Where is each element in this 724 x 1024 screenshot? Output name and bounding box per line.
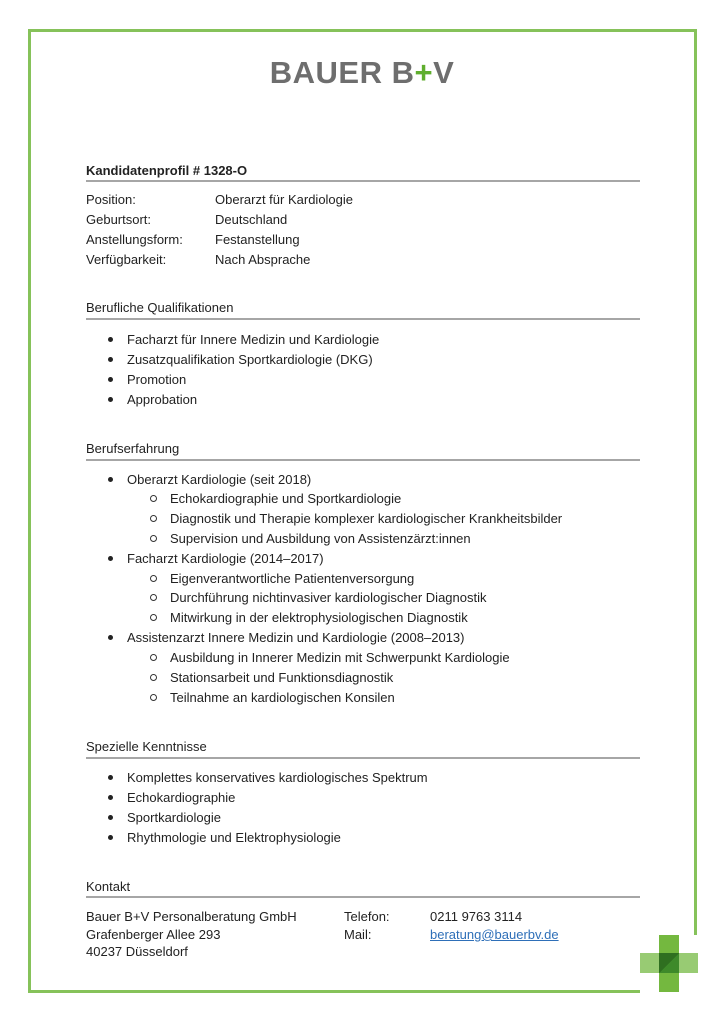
list-item: Facharzt für Innere Medizin und Kardiolo… — [108, 332, 379, 348]
field-label-availability: Verfügbarkeit: — [86, 252, 166, 268]
profile-title: Kandidatenprofil # 1328-O — [86, 163, 247, 179]
list-item: Approbation — [108, 392, 197, 408]
bullet-icon — [108, 556, 113, 561]
section-heading-qualifications: Berufliche Qualifikationen — [86, 300, 233, 316]
bullet-icon — [108, 635, 113, 640]
frame-border-top — [28, 29, 696, 32]
divider — [86, 318, 640, 320]
bullet-icon — [108, 377, 113, 382]
divider — [86, 180, 640, 182]
sub-list-item: Eigenverantwortliche Patientenversorgung — [150, 571, 414, 587]
list-item: Promotion — [108, 372, 186, 388]
section-heading-skills: Spezielle Kenntnisse — [86, 739, 207, 755]
bullet-icon — [108, 397, 113, 402]
field-label-birthplace: Geburtsort: — [86, 212, 151, 228]
bullet-icon — [108, 795, 113, 800]
sub-list-item: Durchführung nichtinvasiver kardiologisc… — [150, 590, 487, 606]
bullet-icon — [108, 835, 113, 840]
list-item: Oberarzt Kardiologie (seit 2018) — [108, 472, 311, 488]
circle-bullet-icon — [150, 614, 157, 621]
list-item: Rhythmologie und Elektrophysiologie — [108, 830, 341, 846]
frame-border-bottom — [28, 990, 640, 993]
contact-company: Bauer B+V Personalberatung GmbH — [86, 909, 297, 925]
logo-text-right: V — [433, 55, 454, 90]
divider — [86, 757, 640, 759]
cross-center — [659, 953, 679, 973]
list-item: Echokardiographie — [108, 790, 235, 806]
company-logo: BAUER B+V — [0, 55, 724, 91]
list-item: Zusatzqualifikation Sportkardiologie (DK… — [108, 352, 373, 368]
circle-bullet-icon — [150, 694, 157, 701]
sub-list-item: Stationsarbeit und Funktionsdiagnostik — [150, 670, 393, 686]
divider — [86, 896, 640, 898]
circle-bullet-icon — [150, 674, 157, 681]
divider — [86, 459, 640, 461]
list-item: Komplettes konservatives kardiologisches… — [108, 770, 428, 786]
section-heading-experience: Berufserfahrung — [86, 441, 179, 457]
list-item: Sportkardiologie — [108, 810, 221, 826]
contact-mail-link[interactable]: beratung@bauerbv.de — [430, 927, 559, 943]
circle-bullet-icon — [150, 575, 157, 582]
sub-list-item: Ausbildung in Innerer Medizin mit Schwer… — [150, 650, 510, 666]
list-item: Facharzt Kardiologie (2014–2017) — [108, 551, 324, 567]
field-label-employment: Anstellungsform: — [86, 232, 183, 248]
bullet-icon — [108, 337, 113, 342]
circle-bullet-icon — [150, 495, 157, 502]
field-value-employment: Festanstellung — [215, 232, 300, 248]
circle-bullet-icon — [150, 594, 157, 601]
field-value-position: Oberarzt für Kardiologie — [215, 192, 353, 208]
sub-list-item: Diagnostik und Therapie komplexer kardio… — [150, 511, 562, 527]
sub-list-item: Teilnahme an kardiologischen Konsilen — [150, 690, 395, 706]
contact-phone: 0211 9763 3114 — [430, 909, 522, 925]
circle-bullet-icon — [150, 515, 157, 522]
bullet-icon — [108, 775, 113, 780]
section-heading-contact: Kontakt — [86, 879, 130, 895]
field-label-position: Position: — [86, 192, 136, 208]
list-item: Assistenzarzt Innere Medizin und Kardiol… — [108, 630, 464, 646]
bullet-icon — [108, 815, 113, 820]
circle-bullet-icon — [150, 535, 157, 542]
sub-list-item: Supervision und Ausbildung von Assistenz… — [150, 531, 471, 547]
frame-border-left — [28, 29, 31, 993]
bullet-icon — [108, 477, 113, 482]
contact-city: 40237 Düsseldorf — [86, 944, 188, 960]
field-value-birthplace: Deutschland — [215, 212, 287, 228]
contact-mail-label: Mail: — [344, 927, 371, 943]
logo-text-left: BAUER B — [270, 55, 415, 90]
field-value-availability: Nach Absprache — [215, 252, 310, 268]
sub-list-item: Echokardiographie und Sportkardiologie — [150, 491, 401, 507]
frame-border-right — [694, 29, 697, 935]
contact-street: Grafenberger Allee 293 — [86, 927, 220, 943]
contact-phone-label: Telefon: — [344, 909, 390, 925]
logo-plus-icon: + — [414, 55, 433, 90]
circle-bullet-icon — [150, 654, 157, 661]
bullet-icon — [108, 357, 113, 362]
sub-list-item: Mitwirkung in der elektrophysiologischen… — [150, 610, 468, 626]
